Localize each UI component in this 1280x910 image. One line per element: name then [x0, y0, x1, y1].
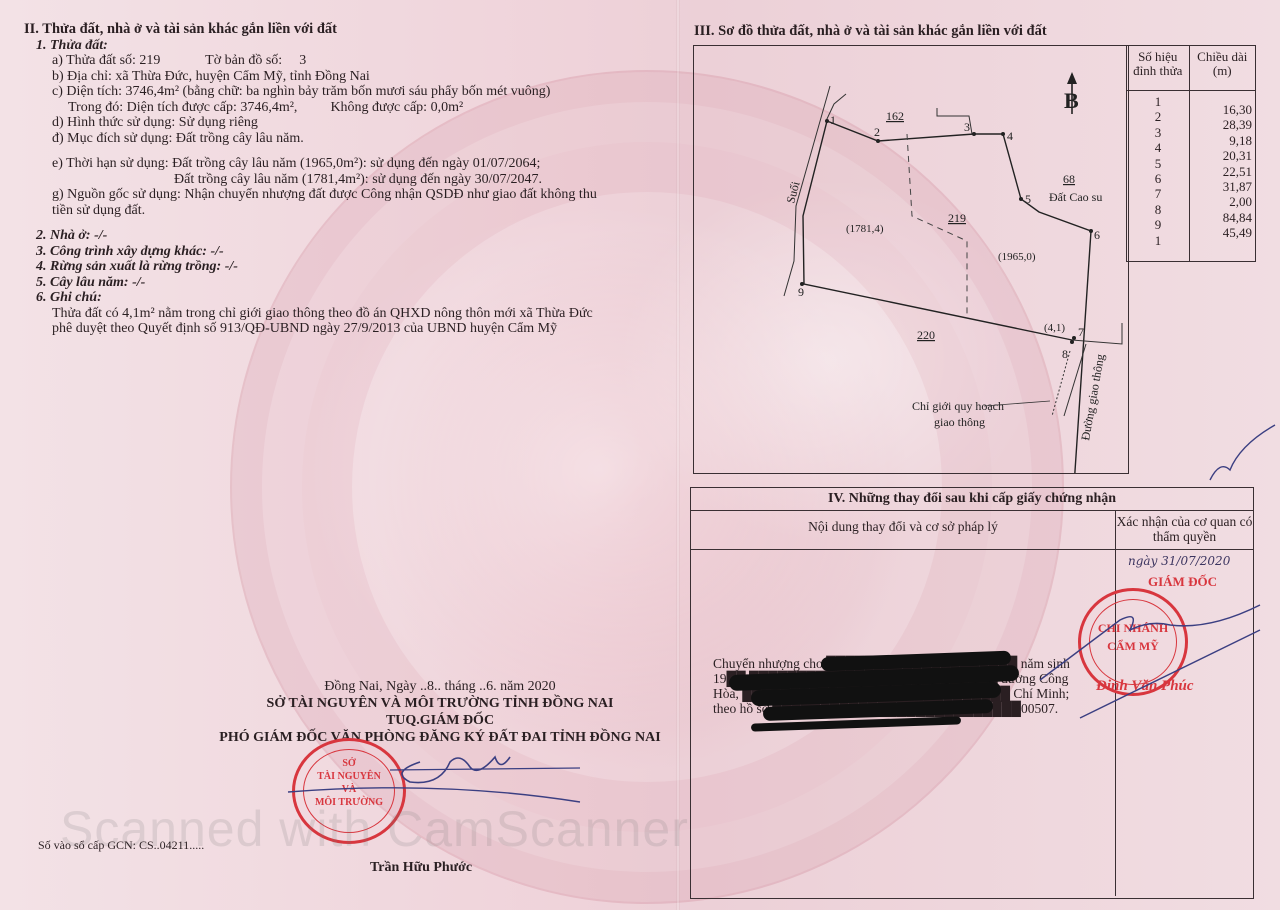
issuing-agency: SỞ TÀI NGUYÊN VÀ MÔI TRƯỜNG TỈNH ĐỒNG NA… [200, 695, 680, 712]
confirmation-title: GIÁM ĐỐC [1148, 574, 1217, 590]
signer-name: Trần Hữu Phước [370, 860, 472, 876]
svg-text:(1781,4): (1781,4) [846, 223, 884, 235]
length-col-header: Chiều dài (m) [1190, 46, 1255, 90]
svg-text:68: 68 [1063, 172, 1075, 186]
svg-text:B: B [1064, 88, 1079, 113]
vertex-col-header: Số hiệu đỉnh thửa [1127, 46, 1190, 90]
svg-text:220: 220 [917, 328, 935, 342]
svg-text:(4,1): (4,1) [1044, 322, 1065, 334]
usage-term-2: Đất trồng cây lâu năm (1781,4m²): sử dụn… [174, 172, 664, 188]
usage-purpose: đ) Mục đích sử dụng: Đất trồng cây lâu n… [52, 131, 664, 147]
vertex-id: 6 [1127, 171, 1189, 186]
notes-line-2: phê duyệt theo Quyết định số 913/QĐ-UBND… [52, 321, 664, 337]
svg-text:(1965,0): (1965,0) [998, 251, 1036, 263]
perennial-trees: 5. Cây lâu năm: -/- [36, 275, 664, 291]
svg-text:2: 2 [874, 125, 880, 139]
segment-length: 31,87 [1190, 179, 1252, 194]
svg-text:Suối: Suối [783, 179, 802, 205]
production-forest: 4. Rừng sản xuất là rừng trồng: -/- [36, 259, 664, 275]
notes-heading: 6. Ghi chú: [36, 290, 664, 306]
parcel-number: 219 [139, 53, 160, 68]
segment-length: 22,51 [1190, 164, 1252, 179]
segment-length: 2,00 [1190, 194, 1252, 209]
vertex-id: 2 [1127, 109, 1189, 124]
vertex-length-table: Số hiệu đỉnh thửa Chiều dài (m) 12345678… [1126, 45, 1256, 262]
segment-length: 20,31 [1190, 148, 1252, 163]
map-sheet-label: Tờ bản đồ số: [205, 53, 282, 68]
diagram-title: III. Sơ đồ thửa đất, nhà ở và tài sản kh… [694, 23, 1047, 40]
svg-text:Chỉ giới quy hoạch: Chỉ giới quy hoạch [912, 399, 1004, 413]
vertex-id: 1 [1127, 94, 1189, 109]
segment-length: 84,84 [1190, 210, 1252, 225]
svg-text:3: 3 [964, 120, 970, 134]
svg-text:4: 4 [1007, 129, 1013, 143]
svg-text:1: 1 [830, 113, 836, 127]
area: c) Diện tích: 3746,4m² (bằng chữ: ba ngh… [52, 84, 664, 100]
svg-text:219: 219 [948, 211, 966, 225]
vertex-id: 4 [1127, 140, 1189, 155]
parcel-sketch: 123 456 789 162 68 Đất Cao su 219 (1781,… [694, 46, 1128, 473]
svg-text:7: 7 [1078, 325, 1084, 339]
segment-length: 45,49 [1190, 225, 1252, 240]
vertex-id: 7 [1127, 186, 1189, 201]
area-granted: Trong đó: Diện tích được cấp: 3746,4m², [68, 100, 297, 115]
svg-text:giao thông: giao thông [934, 415, 985, 429]
segment-length: 28,39 [1190, 117, 1252, 132]
segment-length: 9,18 [1190, 133, 1252, 148]
section-title: II. Thửa đất, nhà ở và tài sản khác gắn … [24, 22, 664, 38]
address: b) Địa chỉ: xã Thừa Đức, huyện Cẩm Mỹ, t… [52, 69, 664, 85]
svg-text:6: 6 [1094, 228, 1100, 242]
certificate-page: II. Thửa đất, nhà ở và tài sản khác gắn … [0, 0, 1280, 910]
vertex-list: 1234567891 [1127, 91, 1190, 261]
margin-pen-mark [1200, 420, 1280, 490]
svg-text:Đất Cao su: Đất Cao su [1049, 190, 1102, 204]
map-sheet: 3 [299, 53, 306, 68]
parcel-number-row: a) Thửa đất số: 219 Tờ bản đồ số: 3 [52, 53, 664, 69]
parcel-number-label: a) Thửa đất số: [52, 53, 136, 68]
segment-length: 16,30 [1190, 102, 1252, 117]
svg-text:8: 8 [1062, 347, 1068, 361]
page-fold [676, 0, 680, 910]
vertex-id: 1 [1127, 233, 1189, 248]
svg-text:5: 5 [1025, 192, 1031, 206]
confirmation-date: ngày 31/07/2020 [1128, 554, 1230, 568]
origin-line-1: g) Nguồn gốc sử dụng: Nhận chuyển nhượng… [52, 187, 664, 203]
vertex-id: 9 [1127, 217, 1189, 232]
area-breakdown: Trong đó: Diện tích được cấp: 3746,4m², … [68, 100, 664, 116]
confirmation-header: Xác nhận của cơ quan có thẩm quyền [1116, 511, 1253, 549]
change-content-header: Nội dung thay đổi và cơ sở pháp lý [691, 511, 1116, 549]
section-land-info: II. Thửa đất, nhà ở và tài sản khác gắn … [24, 22, 664, 337]
svg-text:9: 9 [798, 285, 804, 299]
vertex-id: 8 [1127, 202, 1189, 217]
svg-text:162: 162 [886, 109, 904, 123]
other-construction: 3. Công trình xây dựng khác: -/- [36, 244, 664, 260]
on-behalf: TUQ.GIÁM ĐỐC [200, 712, 680, 729]
house: 2. Nhà ở: -/- [36, 228, 664, 244]
vertex-id: 3 [1127, 125, 1189, 140]
vertex-id: 5 [1127, 156, 1189, 171]
notes-line-1: Thửa đất có 4,1m² nằm trong chỉ giới gia… [52, 306, 664, 322]
land-heading: 1. Thửa đất: [36, 38, 664, 54]
area-not-granted: Không được cấp: 0,0m² [330, 100, 463, 115]
usage-form: d) Hình thức sử dụng: Sử dụng riêng [52, 115, 664, 131]
usage-term-1: e) Thời hạn sử dụng: Đất trồng cây lâu n… [52, 156, 664, 172]
origin-line-2: tiền sử dụng đất. [52, 203, 664, 219]
registry-serial: Số vào sổ cấp GCN: CS..04211..... [38, 838, 204, 853]
changes-title: IV. Những thay đổi sau khi cấp giấy chứn… [691, 488, 1253, 511]
issue-date: Đồng Nai, Ngày ..8.. tháng ..6. năm 2020 [200, 678, 680, 695]
length-list: 16,3028,399,1820,3122,5131,872,0084,8445… [1190, 91, 1252, 261]
signature-block: Đồng Nai, Ngày ..8.. tháng ..6. năm 2020… [200, 678, 680, 746]
parcel-diagram: 123 456 789 162 68 Đất Cao su 219 (1781,… [693, 45, 1129, 474]
confirmation-signature [1020, 590, 1270, 730]
north-arrow-icon: B [1064, 72, 1079, 114]
